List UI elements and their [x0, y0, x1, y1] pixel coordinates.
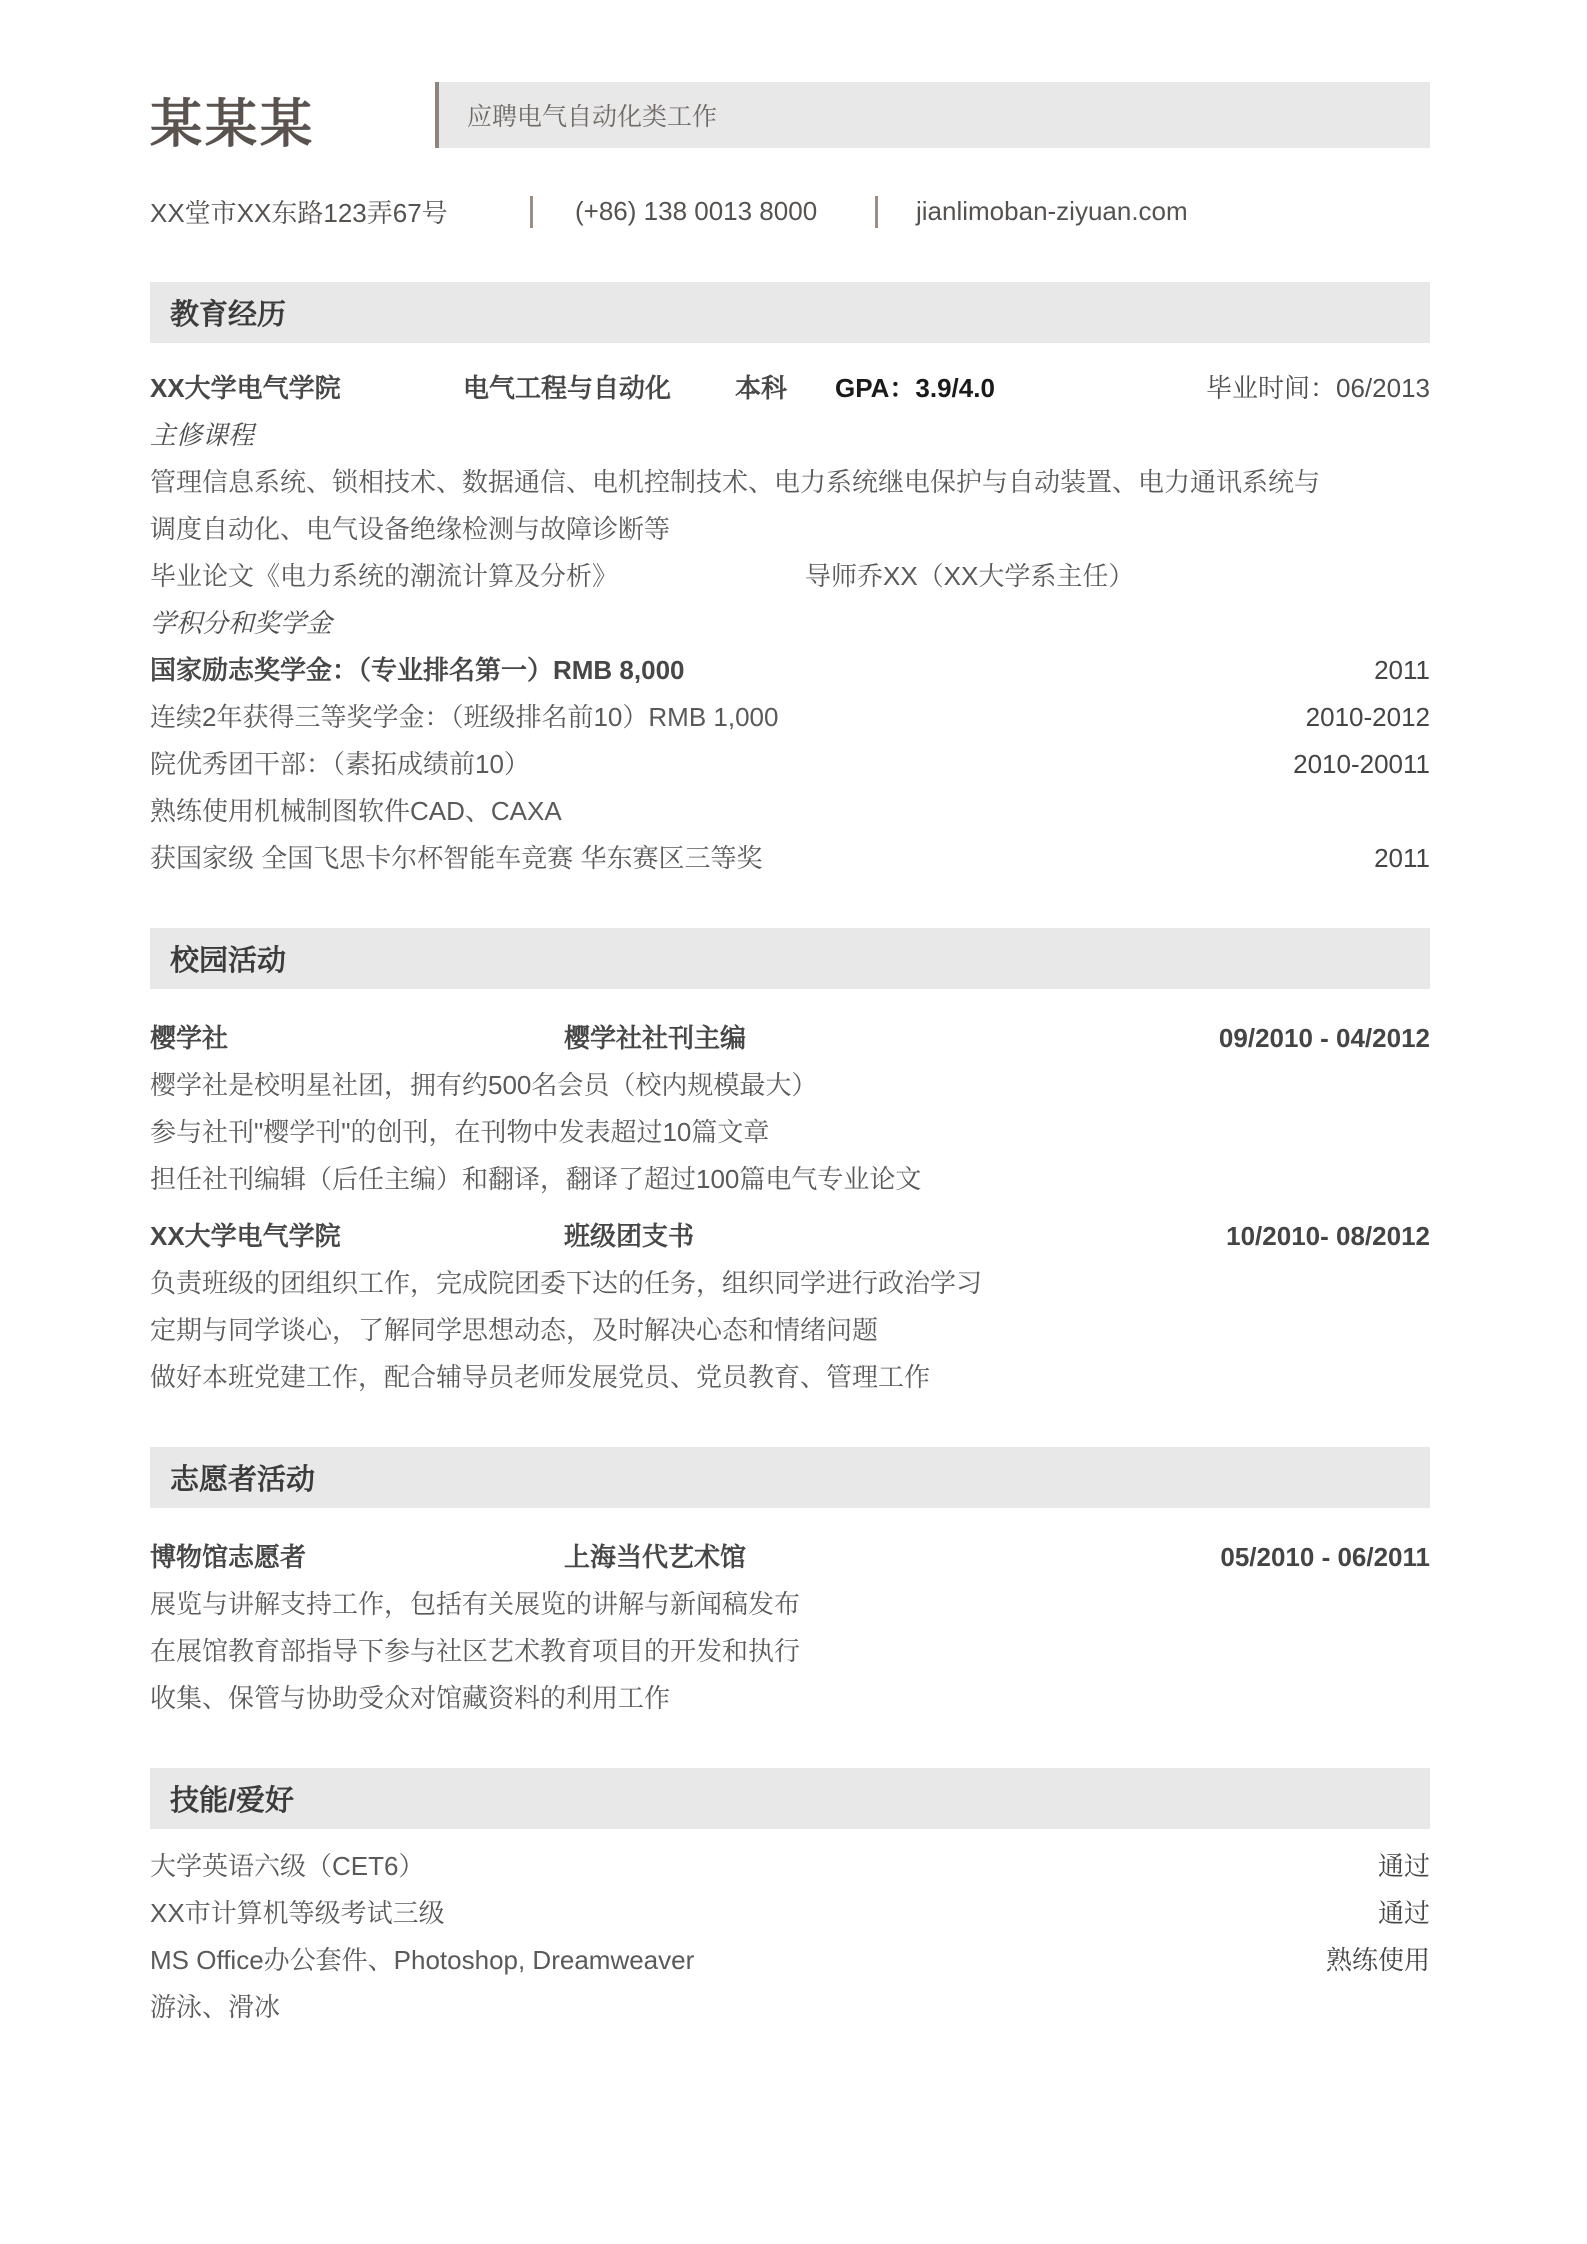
separator-bar [875, 196, 878, 228]
skills-list: 大学英语六级（CET6） 通过 XX市计算机等级考试三级 通过 MS Offic… [150, 1843, 1430, 2031]
entry-line: 负责班级的团组织工作，完成院团委下达的任务，组织同学进行政治学习 [150, 1260, 1430, 1307]
award-row: 熟练使用机械制图软件CAD、CAXA [150, 788, 1430, 835]
award-text: 院优秀团干部：（素拓成绩前10） [150, 741, 530, 788]
education-degree: 本科 [735, 365, 835, 412]
entry-line: 收集、保管与协助受众对馆藏资料的利用工作 [150, 1675, 1430, 1722]
entry-date: 10/2010- 08/2012 [1226, 1213, 1430, 1260]
education-graduation-date: 毕业时间：06/2013 [1206, 365, 1430, 412]
skill-text: 游泳、滑冰 [150, 1984, 280, 2031]
skill-level: 通过 [1378, 1890, 1430, 1937]
separator-bar [530, 196, 533, 228]
award-text: 国家励志奖学金：（专业排名第一）RMB 8,000 [150, 647, 685, 694]
education-major: 电气工程与自动化 [463, 365, 735, 412]
section-title-volunteer: 志愿者活动 [150, 1447, 1430, 1508]
award-row: 国家励志奖学金：（专业排名第一）RMB 8,000 2011 [150, 647, 1430, 694]
award-row: 连续2年获得三等奖学金：（班级排名前10）RMB 1,000 2010-2012 [150, 694, 1430, 741]
entry-organization: 博物馆志愿者 [150, 1534, 564, 1581]
award-text: 熟练使用机械制图软件CAD、CAXA [150, 788, 562, 835]
entry-line: 参与社刊"樱学刊"的创刊，在刊物中发表超过10篇文章 [150, 1109, 1430, 1156]
skill-row: MS Office办公套件、Photoshop, Dreamweaver 熟练使… [150, 1937, 1430, 1984]
entry-organization: 樱学社 [150, 1015, 564, 1062]
entry-line: 樱学社是校明星社团，拥有约500名会员（校内规模最大） [150, 1062, 1430, 1109]
skill-text: 大学英语六级（CET6） [150, 1843, 424, 1890]
volunteer-entry-header: 博物馆志愿者 上海当代艺术馆 05/2010 - 06/2011 [150, 1534, 1430, 1581]
campus-entry-header: 樱学社 樱学社社刊主编 09/2010 - 04/2012 [150, 1015, 1430, 1062]
section-title-skills: 技能/爱好 [150, 1768, 1430, 1829]
thesis-title: 毕业论文《电力系统的潮流计算及分析》 [150, 553, 805, 600]
award-date: 2011 [1374, 835, 1430, 882]
entry-role: 班级团支书 [564, 1213, 1226, 1260]
award-row: 获国家级 全国飞思卡尔杯智能车竞赛 华东赛区三等奖 2011 [150, 835, 1430, 882]
entry-line: 展览与讲解支持工作，包括有关展览的讲解与新闻稿发布 [150, 1581, 1430, 1628]
entry-organization: XX大学电气学院 [150, 1213, 564, 1260]
job-objective: 应聘电气自动化类工作 [467, 97, 717, 133]
award-date: 2010-2012 [1306, 694, 1430, 741]
entry-line: 在展馆教育部指导下参与社区艺术教育项目的开发和执行 [150, 1628, 1430, 1675]
skill-text: MS Office办公套件、Photoshop, Dreamweaver [150, 1937, 694, 1984]
contact-address: XX堂市XX东路123弄67号 [150, 193, 530, 230]
skill-row: 游泳、滑冰 [150, 1984, 1430, 2031]
skill-level: 熟练使用 [1326, 1937, 1430, 1984]
education-degree-row: XX大学电气学院 电气工程与自动化 本科 GPA：3.9/4.0 毕业时间：06… [150, 365, 1430, 412]
thesis-advisor: 导师乔XX（XX大学系主任） [805, 553, 1134, 600]
entry-line: 定期与同学谈心，了解同学思想动态，及时解决心态和情绪问题 [150, 1307, 1430, 1354]
resume-header: 某某某 应聘电气自动化类工作 [150, 82, 1430, 157]
contact-phone: (+86) 138 0013 8000 [575, 196, 875, 227]
entry-line: 做好本班党建工作，配合辅导员老师发展党员、党员教育、管理工作 [150, 1354, 1430, 1401]
education-gpa: GPA：3.9/4.0 [835, 365, 995, 412]
section-title-education: 教育经历 [150, 282, 1430, 343]
thesis-row: 毕业论文《电力系统的潮流计算及分析》 导师乔XX（XX大学系主任） [150, 553, 1430, 600]
awards-heading: 学积分和奖学金 [150, 600, 1430, 647]
award-row: 院优秀团干部：（素拓成绩前10） 2010-20011 [150, 741, 1430, 788]
campus-entry-header: XX大学电气学院 班级团支书 10/2010- 08/2012 [150, 1213, 1430, 1260]
courses-line: 管理信息系统、锁相技术、数据通信、电机控制技术、电力系统继电保护与自动装置、电力… [150, 459, 1430, 506]
skill-text: XX市计算机等级考试三级 [150, 1890, 445, 1937]
award-date: 2011 [1374, 647, 1430, 694]
contact-row: XX堂市XX东路123弄67号 (+86) 138 0013 8000 jian… [150, 193, 1430, 230]
courses-heading: 主修课程 [150, 412, 1430, 459]
award-text: 连续2年获得三等奖学金：（班级排名前10）RMB 1,000 [150, 694, 778, 741]
entry-role: 上海当代艺术馆 [564, 1534, 1220, 1581]
candidate-name: 某某某 [150, 82, 435, 157]
skill-level: 通过 [1378, 1843, 1430, 1890]
section-title-campus: 校园活动 [150, 928, 1430, 989]
contact-website: jianlimoban-ziyuan.com [916, 196, 1188, 227]
entry-date: 05/2010 - 06/2011 [1220, 1534, 1430, 1581]
entry-date: 09/2010 - 04/2012 [1219, 1015, 1430, 1062]
resume-page: 某某某 应聘电气自动化类工作 XX堂市XX东路123弄67号 (+86) 138… [0, 0, 1587, 2244]
education-school: XX大学电气学院 [150, 365, 463, 412]
skill-row: 大学英语六级（CET6） 通过 [150, 1843, 1430, 1890]
courses-line: 调度自动化、电气设备绝缘检测与故障诊断等 [150, 506, 1430, 553]
entry-line: 担任社刊编辑（后任主编）和翻译，翻译了超过100篇电气专业论文 [150, 1156, 1430, 1203]
entry-role: 樱学社社刊主编 [564, 1015, 1219, 1062]
job-objective-box: 应聘电气自动化类工作 [435, 82, 1430, 148]
award-date: 2010-20011 [1293, 741, 1430, 788]
award-text: 获国家级 全国飞思卡尔杯智能车竞赛 华东赛区三等奖 [150, 835, 762, 882]
skill-row: XX市计算机等级考试三级 通过 [150, 1890, 1430, 1937]
